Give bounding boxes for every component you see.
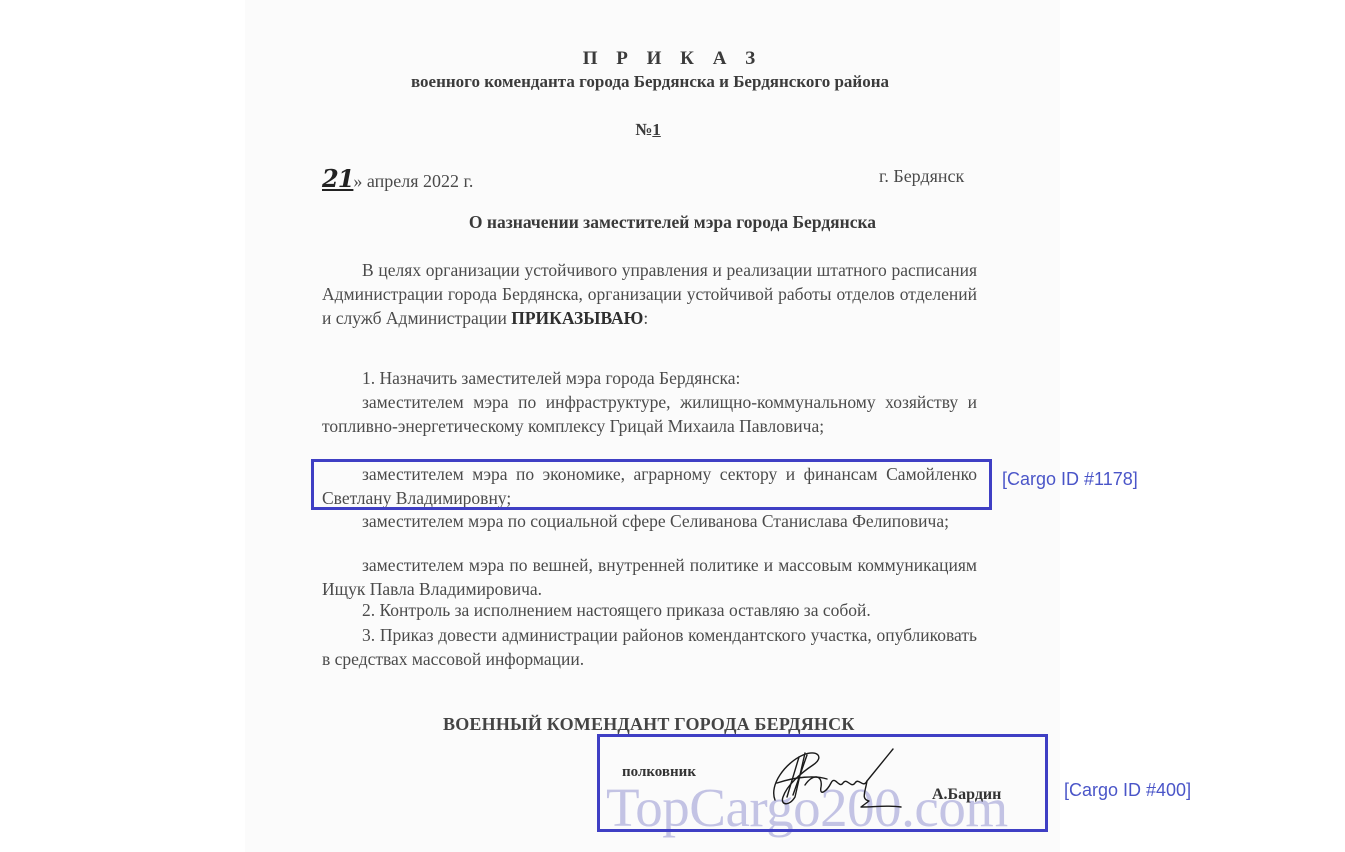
- intro-text: В целях организации устойчивого управлен…: [322, 260, 977, 328]
- document-subtitle: военного коменданта города Бердянска и Б…: [0, 72, 1300, 92]
- order-date: 21» апреля 2022 г.: [322, 164, 473, 193]
- order-item-3-text: 3. Приказ довести администрации районов …: [322, 625, 977, 669]
- order-city: г. Бердянск: [879, 166, 964, 187]
- order-item-3: 3. Приказ довести администрации районов …: [322, 623, 977, 671]
- deputy-text: заместителем мэра по вешней, внутренней …: [322, 555, 977, 599]
- order-item-2: 2. Контроль за исполнением настоящего пр…: [322, 598, 977, 622]
- order-number-value: 1: [652, 120, 661, 139]
- highlight-box-signature: [597, 734, 1048, 832]
- intro-paragraph: В целях организации устойчивого управлен…: [322, 258, 977, 330]
- date-month-year: » апреля 2022 г.: [353, 171, 473, 191]
- intro-command-word: ПРИКАЗЫВАЮ: [511, 308, 643, 328]
- document-title: П Р И К А З: [0, 48, 1345, 70]
- date-handwritten-day: 21: [322, 164, 353, 193]
- commandant-title: ВОЕННЫЙ КОМЕНДАНТ ГОРОДА БЕРДЯНСК: [443, 714, 855, 735]
- deputy-paragraph: заместителем мэра по вешней, внутренней …: [322, 553, 977, 601]
- order-item-1: 1. Назначить заместителей мэра города Бе…: [322, 366, 977, 390]
- deputy-text: заместителем мэра по инфраструктуре, жил…: [322, 392, 977, 436]
- order-number: №1: [0, 120, 1296, 140]
- cargo-id-label: [Cargo ID #400]: [1064, 780, 1191, 801]
- highlight-box-deputy-economy: [311, 459, 992, 510]
- order-item-2-text: 2. Контроль за исполнением настоящего пр…: [362, 600, 871, 620]
- deputy-text: заместителем мэра по социальной сфере Се…: [362, 511, 949, 531]
- order-heading: О назначении заместителей мэра города Бе…: [0, 212, 1345, 233]
- cargo-id-label: [Cargo ID #1178]: [1002, 469, 1138, 490]
- deputy-paragraph: заместителем мэра по социальной сфере Се…: [322, 509, 977, 533]
- intro-colon: :: [643, 308, 648, 328]
- order-item-1-text: 1. Назначить заместителей мэра города Бе…: [362, 368, 740, 388]
- order-number-prefix: №: [635, 120, 652, 139]
- deputy-paragraph: заместителем мэра по инфраструктуре, жил…: [322, 390, 977, 438]
